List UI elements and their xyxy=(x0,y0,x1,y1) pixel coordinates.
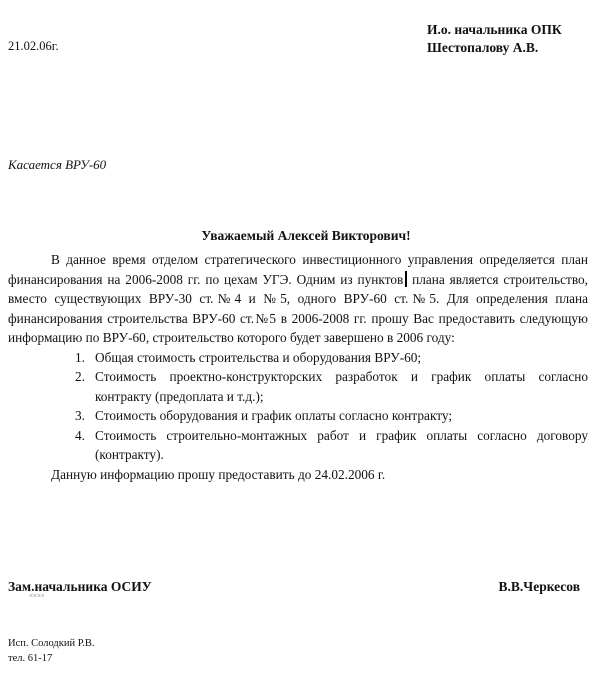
body-paragraph: В данное время отделом стратегического и… xyxy=(8,250,588,348)
addressee-position: И.о. начальника ОПК xyxy=(427,21,562,39)
signer-title-part: ачальника ОСИУ xyxy=(42,579,151,594)
list-item: 4.Стоимость строительно-монтажных работ … xyxy=(8,426,588,465)
letter-subject: Касается ВРУ-60 xyxy=(8,157,106,173)
spellcheck-squiggle[interactable]: .н xyxy=(31,579,42,594)
addressee-name: Шестопалову А.В. xyxy=(427,39,562,57)
list-item-text: Стоимость строительно-монтажных работ и … xyxy=(95,428,588,463)
text-cursor xyxy=(405,271,407,287)
addressee-block: И.о. начальника ОПК Шестопалову А.В. xyxy=(427,21,562,57)
list-item-number: 1. xyxy=(75,348,85,368)
list-item-number: 2. xyxy=(75,367,85,387)
list-item: 3.Стоимость оборудования и график оплаты… xyxy=(8,406,588,426)
salutation: Уважаемый Алексей Викторович! xyxy=(0,228,612,244)
executor-name: Исп. Солодкий Р.В. xyxy=(8,636,95,651)
list-item-number: 4. xyxy=(75,426,85,446)
request-list: 1.Общая стоимость строительства и оборуд… xyxy=(8,348,588,465)
signer-title: Зам.начальника ОСИУ xyxy=(8,579,152,595)
letter-body[interactable]: В данное время отделом стратегического и… xyxy=(8,250,588,484)
list-item: 2.Стоимость проектно-конструкторских раз… xyxy=(8,367,588,406)
list-item-text: Стоимость оборудования и график оплаты с… xyxy=(95,408,452,423)
list-item-text: Стоимость проектно-конструкторских разра… xyxy=(95,369,588,404)
list-item: 1.Общая стоимость строительства и оборуд… xyxy=(8,348,588,368)
list-item-number: 3. xyxy=(75,406,85,426)
closing-line: Данную информацию прошу предоставить до … xyxy=(8,465,588,485)
signer-title-part: Зам xyxy=(8,579,31,594)
letter-date: 21.02.06г. xyxy=(8,39,59,54)
signer-name: В.В.Черкесов xyxy=(499,579,580,595)
executor-phone: тел. 61-17 xyxy=(8,651,95,666)
list-item-text: Общая стоимость строительства и оборудов… xyxy=(95,350,421,365)
executor-block: Исп. Солодкий Р.В. тел. 61-17 xyxy=(8,636,95,666)
